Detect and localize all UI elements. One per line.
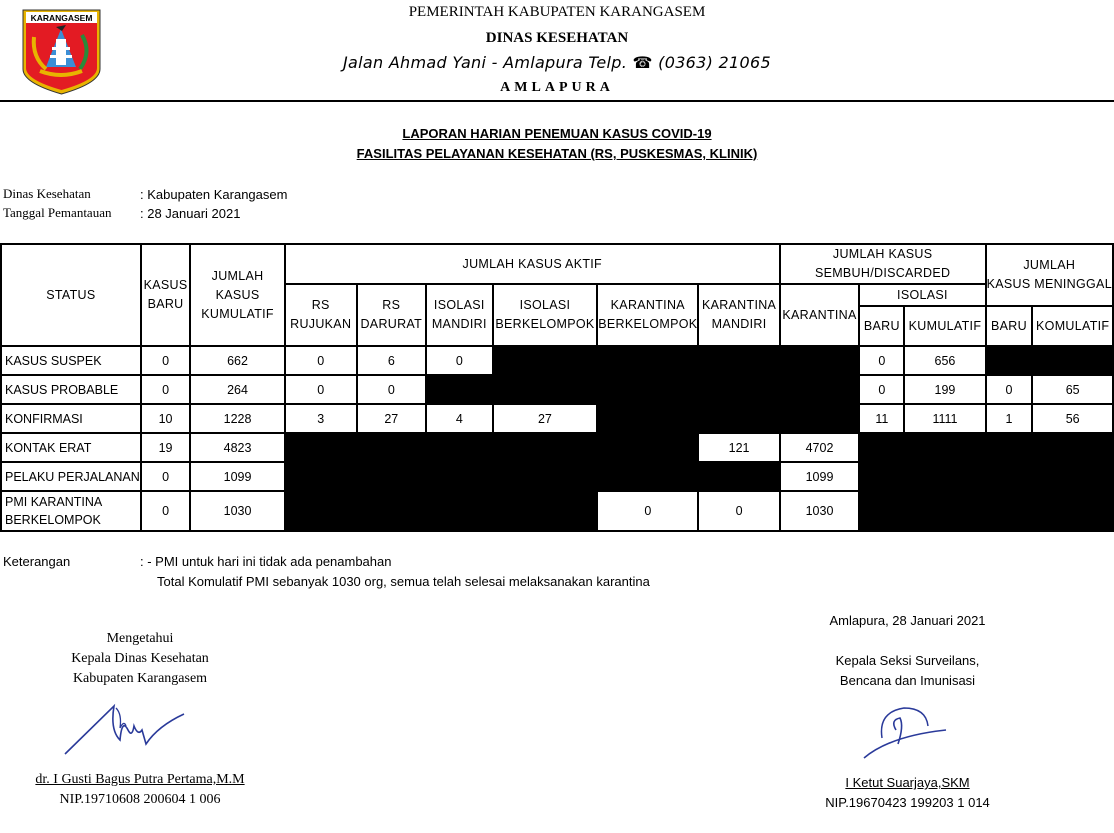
notes-line-2: Total Komulatif PMI sebanyak 1030 org, s… [157,574,650,589]
table-row: PMI KARANTINA BERKELOMPOK01030001030 [1,491,1113,531]
header-isolasi-mandiri: ISOLASIMANDIRI [426,284,493,346]
empty-cell [597,404,698,433]
cell-rs-darurat: 6 [357,346,426,375]
empty-cell [357,462,426,491]
cell-sembuh-baru: 0 [859,346,904,375]
header-sembuh-baru: BARU [859,306,904,346]
empty-cell [357,433,426,462]
header-meninggal-baru: BARU [986,306,1033,346]
empty-cell [597,346,698,375]
notes-line-1: : - PMI untuk hari ini tidak ada penamba… [140,554,391,569]
cell-kumulatif: 1099 [190,462,284,491]
header-rs-rujukan: RSRUJUKAN [285,284,357,346]
header-karantina-berkelompok: KARANTINABERKELOMPOK [597,284,698,346]
empty-cell [986,491,1033,531]
empty-cell [493,491,598,531]
sig-left-line2: Kepala Dinas Kesehatan [20,651,260,667]
row-status-label: KONFIRMASI [1,404,141,433]
empty-cell [986,462,1033,491]
cell-kumulatif: 264 [190,375,284,404]
city-name: AMLAPURA [300,80,814,96]
report-subtitle: FASILITAS PELAYANAN KESEHATAN (RS, PUSKE… [200,146,914,161]
cell-kasus-baru: 0 [141,491,191,531]
empty-cell [493,462,598,491]
empty-cell [1032,462,1113,491]
sig-left-name: dr. I Gusti Bagus Putra Pertama,M.M [20,772,260,788]
empty-cell [1032,433,1113,462]
empty-cell [698,404,779,433]
header-rs-darurat: RSDARURAT [357,284,426,346]
header-karantina-mandiri: KARANTINAMANDIRI [698,284,779,346]
sig-left-line1: Mengetahui [20,631,260,647]
row-status-label: KONTAK ERAT [1,433,141,462]
cell-karantina-mandiri: 121 [698,433,779,462]
empty-cell [780,346,860,375]
cell-kumulatif: 1228 [190,404,284,433]
table-row: PELAKU PERJALANAN010991099 [1,462,1113,491]
agency-name: DINAS KESEHATAN [300,30,814,47]
empty-cell [426,491,493,531]
header-karantina: KARANTINA [780,284,860,346]
table-row: KONTAK ERAT1948231214702 [1,433,1113,462]
empty-cell [426,462,493,491]
empty-cell [780,375,860,404]
empty-cell [904,462,985,491]
cell-karantina-mandiri: 0 [698,491,779,531]
header-kasus-baru: KASUSBARU [141,244,191,346]
cell-kasus-baru: 0 [141,375,191,404]
signature-right-image [860,700,960,764]
empty-cell [904,433,985,462]
cell-kumulatif: 662 [190,346,284,375]
cell-rs-rujukan: 0 [285,375,357,404]
empty-cell [357,491,426,531]
row-status-label: PMI KARANTINA BERKELOMPOK [1,491,141,531]
empty-cell [493,375,598,404]
row-status-label: KASUS PROBABLE [1,375,141,404]
cell-karantina: 1030 [780,491,860,531]
empty-cell [780,404,860,433]
cell-sembuh-kumulatif: 656 [904,346,985,375]
empty-cell [859,462,904,491]
sig-right-place-date: Amlapura, 28 Januari 2021 [780,613,1035,628]
empty-cell [493,346,598,375]
empty-cell [698,346,779,375]
cell-isolasi-berkelompok: 27 [493,404,598,433]
info-value-tanggal: : 28 Januari 2021 [140,206,240,221]
cell-sembuh-baru: 11 [859,404,904,433]
empty-cell [859,433,904,462]
signature-left-image [62,700,192,764]
header-isolasi: ISOLASI [859,284,985,306]
cell-sembuh-baru: 0 [859,375,904,404]
info-label-tanggal: Tanggal Pemantauan [3,205,111,221]
header-isolasi-berkelompok: ISOLASIBERKELOMPOK [493,284,598,346]
empty-cell [986,346,1033,375]
sig-right-line2: Bencana dan Imunisasi [780,673,1035,688]
cell-karantina: 4702 [780,433,860,462]
header-jumlah-kumulatif: JUMLAHKASUSKUMULATIF [190,244,284,346]
empty-cell [1032,491,1113,531]
row-status-label: KASUS SUSPEK [1,346,141,375]
empty-cell [597,375,698,404]
empty-cell [285,491,357,531]
cell-rs-darurat: 0 [357,375,426,404]
header-meninggal: JUMLAHKASUS MENINGGAL [986,244,1113,306]
header-status: STATUS [1,244,141,346]
cell-meninggal-baru: 0 [986,375,1033,404]
cell-kumulatif: 1030 [190,491,284,531]
cell-kasus-baru: 0 [141,346,191,375]
letterhead-divider [0,100,1114,102]
cell-sembuh-kumulatif: 199 [904,375,985,404]
government-name: PEMERINTAH KABUPATEN KARANGASEM [300,4,814,21]
header-sembuh-kumulatif: KUMULATIF [904,306,985,346]
sig-right-nip: NIP.19670423 199203 1 014 [780,795,1035,810]
sig-left-line3: Kabupaten Karangasem [20,671,260,687]
cell-rs-darurat: 27 [357,404,426,433]
header-sembuh: JUMLAH KASUSSEMBUH/DISCARDED [780,244,986,284]
empty-cell [986,433,1033,462]
svg-text:KARANGASEM: KARANGASEM [31,13,93,23]
header-kasus-aktif: JUMLAH KASUS AKTIF [285,244,780,284]
sig-left-nip: NIP.19710608 200604 1 006 [20,792,260,808]
covid-report-table: STATUS KASUSBARU JUMLAHKASUSKUMULATIF JU… [0,243,1114,532]
empty-cell [285,462,357,491]
cell-rs-rujukan: 0 [285,346,357,375]
cell-isolasi-mandiri: 4 [426,404,493,433]
table-row: KASUS SUSPEK06620600656 [1,346,1113,375]
notes-label: Keterangan [3,554,70,569]
table-body: KASUS SUSPEK06620600656KASUS PROBABLE026… [1,346,1113,531]
phone-number: (0363) 21065 [658,53,771,72]
empty-cell [493,433,598,462]
cell-kasus-baru: 10 [141,404,191,433]
sig-right-name: I Ketut Suarjaya,SKM [780,775,1035,790]
empty-cell [904,491,985,531]
cell-karantina: 1099 [780,462,860,491]
address-text: Jalan Ahmad Yani - Amlapura Telp. [343,53,627,72]
sig-right-line1: Kepala Seksi Surveilans, [780,653,1035,668]
karangasem-logo: KARANGASEM [20,7,103,95]
row-status-label: PELAKU PERJALANAN [1,462,141,491]
table-row: KONFIRMASI101228327427111111156 [1,404,1113,433]
cell-kumulatif: 4823 [190,433,284,462]
cell-karantina-berkelompok: 0 [597,491,698,531]
table-row: KASUS PROBABLE0264000199065 [1,375,1113,404]
empty-cell [698,462,779,491]
address-line: Jalan Ahmad Yani - Amlapura Telp. ☎ (036… [300,53,814,72]
empty-cell [597,433,698,462]
telephone-icon: ☎ [633,53,653,72]
empty-cell [426,433,493,462]
empty-cell [859,491,904,531]
info-label-dinas: Dinas Kesehatan [3,186,91,202]
cell-isolasi-mandiri: 0 [426,346,493,375]
cell-rs-rujukan: 3 [285,404,357,433]
cell-meninggal-baru: 1 [986,404,1033,433]
cell-meninggal-kumulatif: 65 [1032,375,1113,404]
cell-sembuh-kumulatif: 1111 [904,404,985,433]
header-meninggal-kumulatif: KOMULATIF [1032,306,1113,346]
info-value-dinas: : Kabupaten Karangasem [140,187,287,202]
empty-cell [698,375,779,404]
empty-cell [597,462,698,491]
report-title: LAPORAN HARIAN PENEMUAN KASUS COVID-19 [200,126,914,141]
empty-cell [426,375,493,404]
empty-cell [1032,346,1113,375]
empty-cell [285,433,357,462]
cell-meninggal-kumulatif: 56 [1032,404,1113,433]
cell-kasus-baru: 0 [141,462,191,491]
cell-kasus-baru: 19 [141,433,191,462]
